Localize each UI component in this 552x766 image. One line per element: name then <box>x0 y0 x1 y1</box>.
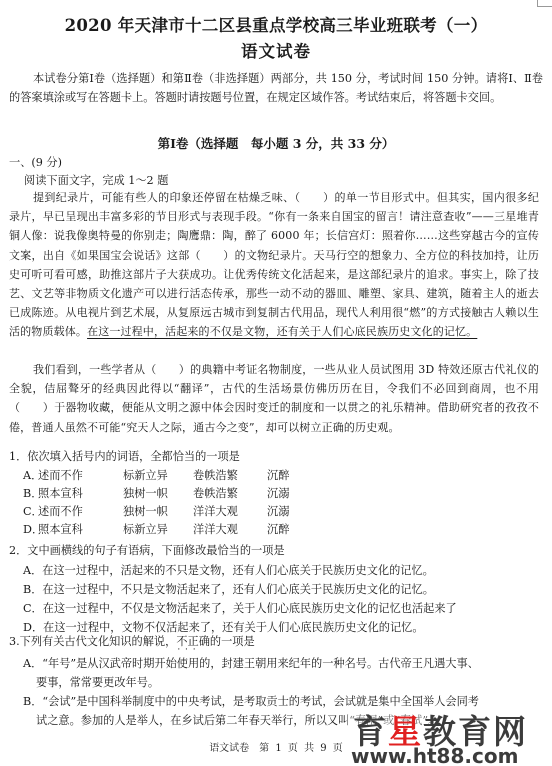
option-text: 在这一过程中，活起来的不只是文物，还有人们心底关于民族历史文化的记忆。 <box>42 562 434 578</box>
option-label: C． <box>23 503 38 519</box>
question-2-stem: 2．文中画横线的句子有语病，下面修改最恰当的一项是 <box>9 542 285 558</box>
option-label: B． <box>23 485 38 501</box>
option-cell: 沉醉 <box>267 521 307 537</box>
passage-text: 提到纪录片，可能有些人的印象还停留在枯燥乏味、（ ）的单一节目形式中。但其实，国… <box>9 191 539 338</box>
watermark: 育星教育网 www.ht88.com <box>345 706 552 766</box>
question-3-option-a-line-2: 要事，常常要更改年号。 <box>36 674 159 690</box>
option-label: D． <box>23 521 38 537</box>
reading-passage-paragraph-1: 提到纪录片，可能有些人的印象还停留在枯燥乏味、（ ）的单一节目形式中。但其实，国… <box>9 188 539 342</box>
option-label: B． <box>23 581 42 597</box>
part-heading: 一、(9 分) <box>9 154 62 170</box>
option-cell: 标新立异 <box>123 521 193 537</box>
option-text: 在这一过程中，不仅是文物活起来了，关于人们心底民族历史文化的记忆也活起来了 <box>43 600 457 616</box>
option-cell: 照本宣科 <box>38 521 123 537</box>
stem-text: 3.下列有关古代文化知识的解说， <box>9 635 176 648</box>
exam-instructions: 本试卷分第Ⅰ卷（选择题）和第Ⅱ卷（非选择题）两部分，共 150 分，考试时间 1… <box>9 70 543 107</box>
option-text: “年号”是从汉武帝时期开始使用的，封建王朝用来纪年的一种名号。古代帝王凡遇大事、 <box>42 655 479 671</box>
section-title: 第Ⅰ卷（选择题 每小题 3 分，共 33 分） <box>0 134 552 152</box>
option-text: 在这一过程中，不只是文物活起来了，还有人们心底关于民族历史文化的记忆。 <box>42 581 434 597</box>
watermark-url: www.ht88.com <box>351 744 518 766</box>
emphasized-text: 不正确 <box>176 635 210 648</box>
option-cell: 卷帙浩繁 <box>193 467 267 483</box>
question-1-option-c: C．述而不作独树一帜洋洋大观沉溺 <box>23 503 307 519</box>
page-corner-mark <box>537 0 552 7</box>
question-1-option-b: B．照本宣科独树一帜卷帙浩繁沉溺 <box>23 485 307 501</box>
option-cell: 标新立异 <box>123 467 193 483</box>
question-1-stem: 1．依次填入括号内的词语，全都恰当的一项是 <box>9 448 240 464</box>
option-cell: 沉醉 <box>267 467 307 483</box>
option-label: A． <box>23 655 42 671</box>
reading-passage-paragraph-2: 我们看到，一些学者从（ ）的典籍中考证名物制度，一些从业人员试图用 3D 特效还… <box>9 360 539 437</box>
option-cell: 沉溺 <box>267 485 307 501</box>
question-3-stem: 3.下列有关古代文化知识的解说，不正确的一项是 <box>9 633 255 649</box>
question-2-option-b: B．在这一过程中，不只是文物活起来了，还有人们心底关于民族历史文化的记忆。 <box>23 581 434 597</box>
option-cell: 照本宣科 <box>38 485 123 501</box>
question-2-option-a: A．在这一过程中，活起来的不只是文物，还有人们心底关于民族历史文化的记忆。 <box>23 562 434 578</box>
document-subtitle: 语文试卷 <box>0 38 552 62</box>
question-2-option-c: C．在这一过程中，不仅是文物活起来了，关于人们心底民族历史文化的记忆也活起来了 <box>23 600 457 616</box>
stem-text: 的一项是 <box>210 635 255 648</box>
option-cell: 洋洋大观 <box>193 503 267 519</box>
option-cell: 沉溺 <box>267 503 307 519</box>
option-cell: 卷帙浩繁 <box>193 485 267 501</box>
option-cell: 述而不作 <box>38 467 123 483</box>
option-cell: 述而不作 <box>38 503 123 519</box>
part-prompt: 阅读下面文字，完成 1～2 题 <box>24 172 168 188</box>
option-cell: 洋洋大观 <box>193 521 267 537</box>
question-1-option-a: A．述而不作标新立异卷帙浩繁沉醉 <box>23 467 307 483</box>
question-3-option-a-line-1: A．“年号”是从汉武帝时期开始使用的，封建王朝用来纪年的一种名号。古代帝王凡遇大… <box>23 655 479 671</box>
option-label: C． <box>23 600 43 616</box>
option-label: B． <box>23 693 42 709</box>
option-cell: 独树一帜 <box>123 503 193 519</box>
underlined-sentence: 在这一过程中，活起来的不仅是文物，还有关于人们心底民族历史文化的记忆。 <box>87 325 477 338</box>
option-cell: 独树一帜 <box>123 485 193 501</box>
question-1-option-d: D．照本宣科标新立异洋洋大观沉醉 <box>23 521 307 537</box>
option-label: A． <box>23 467 38 483</box>
option-label: A． <box>23 562 42 578</box>
document-title: 2020 年天津市十二区县重点学校高三毕业班联考（一） <box>0 12 552 36</box>
